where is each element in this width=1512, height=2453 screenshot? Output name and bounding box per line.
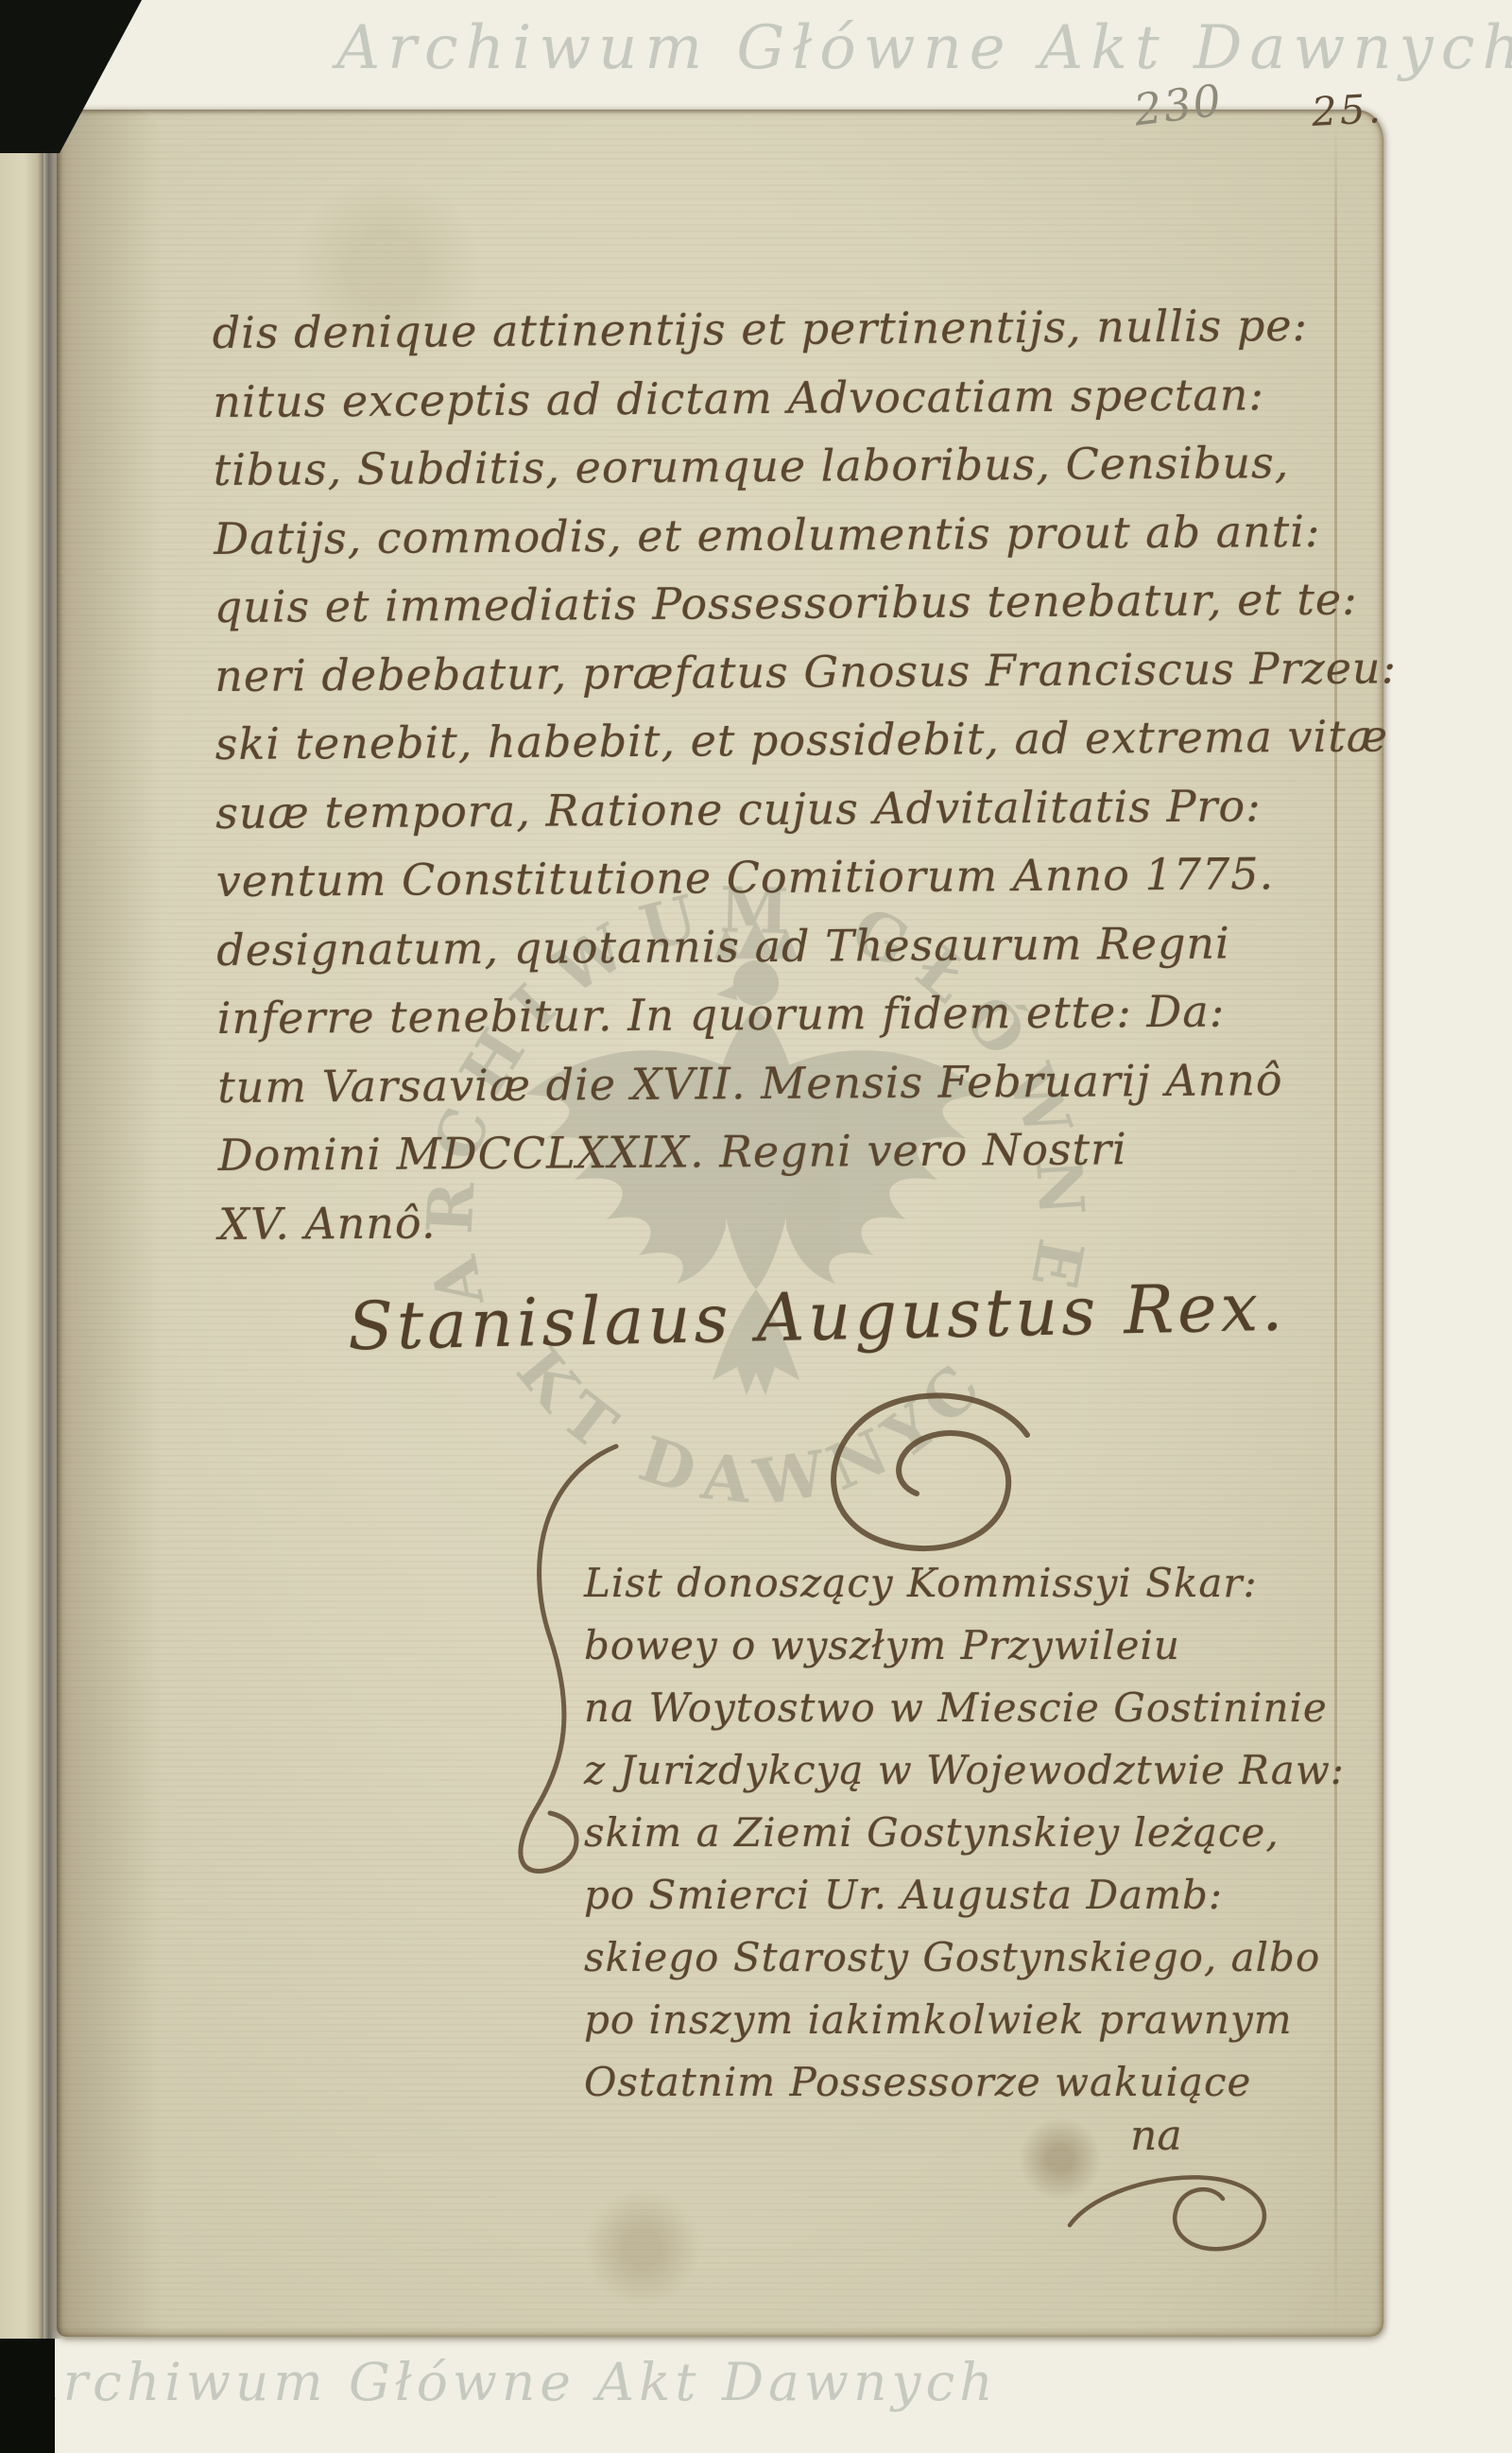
signature-flourish — [815, 1378, 1041, 1558]
manuscript-line: bowey o wyszłym Przywileiu — [584, 1615, 1345, 1677]
manuscript-line: neri debebatur, præfatus Gnosus Francisc… — [215, 633, 1311, 710]
manuscript-line: skiego Starosty Gostynskiego, albo — [584, 1926, 1345, 1989]
manuscript-line: quis et immediatis Possessoribus tenebat… — [214, 565, 1310, 642]
manuscript-line: suæ tempora, Ratione cujus Advitalitatis… — [215, 770, 1312, 847]
manuscript-line: nitus exceptis ad dictam Advocatiam spec… — [213, 359, 1309, 436]
manuscript-line: tibus, Subditis, eorumque laboribus, Cen… — [213, 428, 1309, 505]
manuscript-line: po inszym iakimkolwiek prawnym — [584, 1989, 1345, 2051]
manuscript-line: ventum Constitutione Comitiorum Anno 177… — [216, 839, 1313, 916]
manuscript-line: tum Varsaviæ die XVII. Mensis Februarij … — [217, 1045, 1314, 1121]
archive-watermark-top: Archiwum Główne Akt Dawnych — [336, 13, 1512, 83]
latin-text-block: dis denique attinentijs et pertinentijs,… — [212, 291, 1314, 1258]
polish-note-block: List donoszący Kommissyi Skar: bowey o w… — [584, 1552, 1345, 2114]
manuscript-line: designatum, quotannis ad Thesaurum Regni — [216, 907, 1313, 984]
binding-gutter — [38, 115, 62, 2339]
manuscript-line: skim a Ziemi Gostynskiey leżące, — [584, 1802, 1345, 1864]
pencil-folio-number: 230 — [1131, 74, 1226, 135]
manuscript-line: po Smierci Ur. Augusta Damb: — [584, 1864, 1345, 1926]
catchword: na — [1130, 2112, 1182, 2160]
manuscript-line: na Woytostwo w Miescie Gostininie — [584, 1677, 1345, 1739]
manuscript-line: ski tenebit, habebit, et possidebit, ad … — [215, 702, 1312, 779]
manuscript-line: Datijs, commodis, et emolumentis prout a… — [214, 496, 1310, 573]
manuscript-line: dis denique attinentijs et pertinentijs,… — [212, 291, 1308, 368]
ink-folio-number: 25. — [1311, 85, 1384, 135]
manuscript-line: Ostatnim Possessorze wakuiące — [584, 2051, 1345, 2114]
manuscript-line: XV. Annô. — [218, 1182, 1314, 1258]
manuscript-line: inferre tenebitur. In quorum fidem ette:… — [217, 976, 1314, 1053]
manuscript-line: z Jurizdykcyą w Wojewodztwie Raw: — [584, 1739, 1345, 1802]
manuscript-line: List donoszący Kommissyi Skar: — [584, 1552, 1345, 1615]
catchword-flourish — [1060, 2157, 1278, 2261]
cover-corner-bottom-left — [0, 2339, 55, 2453]
archival-scan: { "archive": { "watermark_text": "Archiw… — [0, 0, 1512, 2453]
archive-watermark-bottom: Archiwum Główne Akt Dawnych — [21, 2352, 998, 2412]
manuscript-line: Domini MDCCLXXIX. Regni vero Nostri — [218, 1114, 1314, 1190]
